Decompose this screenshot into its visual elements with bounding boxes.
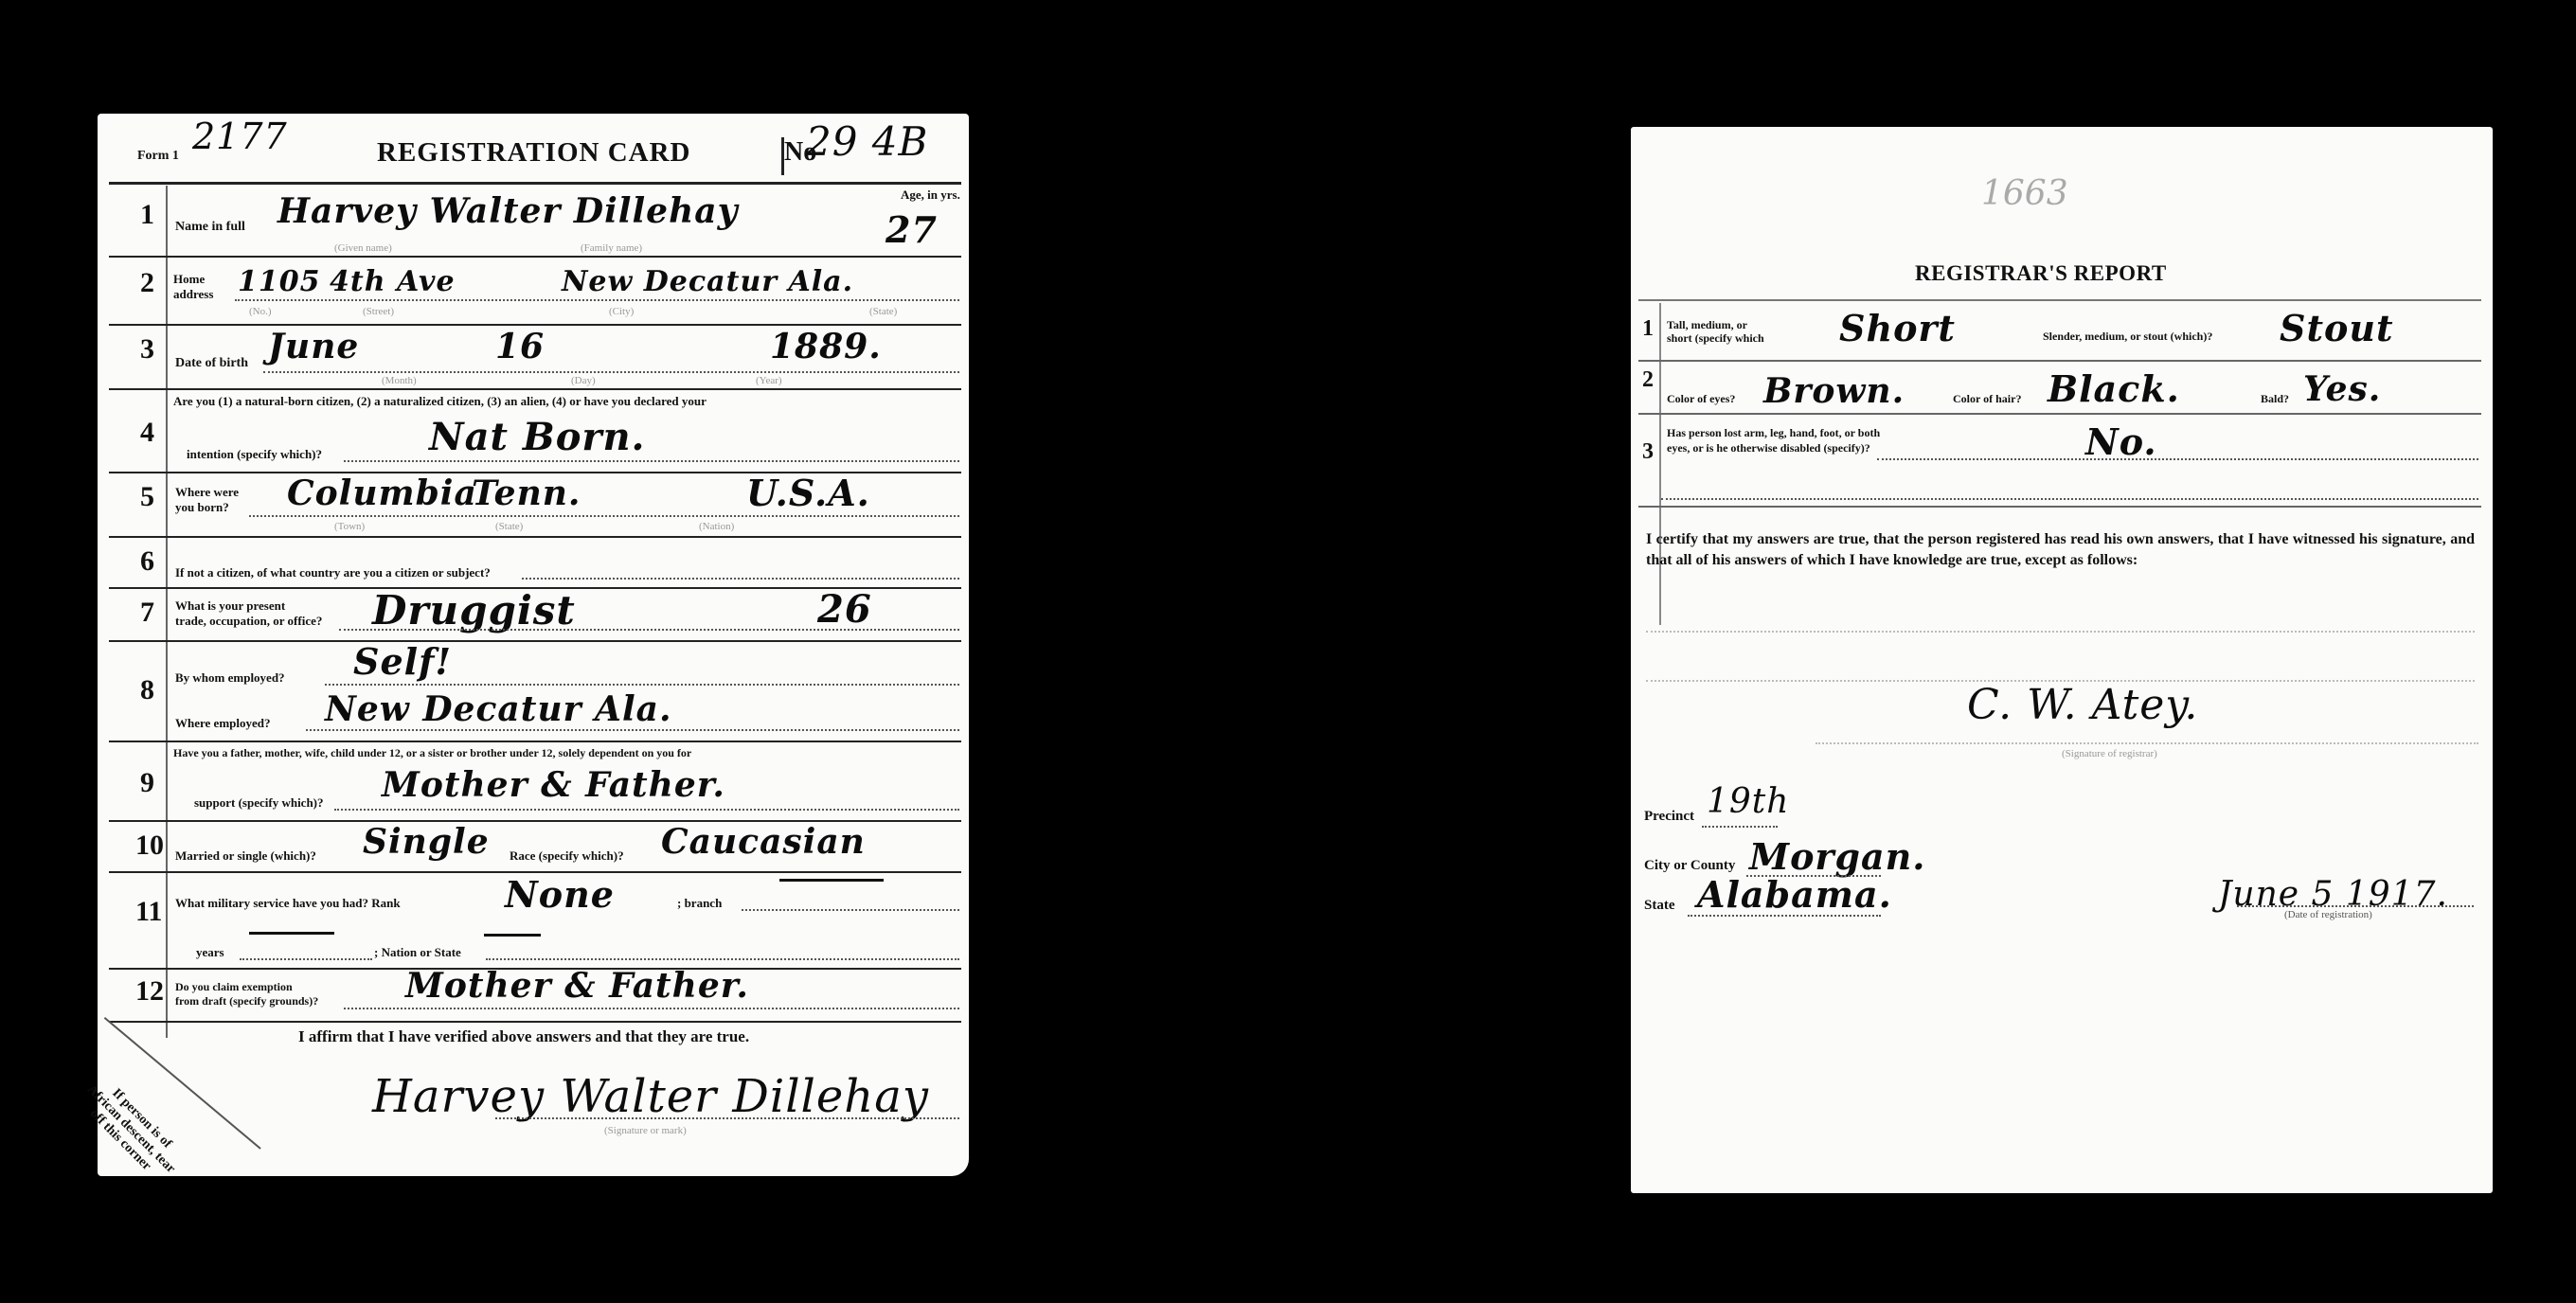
height-label: short (specify which <box>1667 331 1764 346</box>
row-rule <box>109 324 961 326</box>
dash-mark <box>249 932 334 935</box>
row-number: 12 <box>135 975 164 1008</box>
header-rule <box>1638 299 2481 301</box>
birth-town-value: Columbia <box>287 473 477 513</box>
registrar-signature: C. W. Atey. <box>1967 681 2198 729</box>
dependents-value: Mother & Father. <box>382 765 725 805</box>
fill-line <box>263 371 959 373</box>
pencil-number: 1663 <box>1981 174 2068 213</box>
foreign-citizenship-label: If not a citizen, of what country are yo… <box>175 565 491 580</box>
military-rank-label: What military service have you had? Rank <box>175 896 401 911</box>
hair-color-label: Color of hair? <box>1953 392 2021 406</box>
fill-line <box>1646 631 2475 633</box>
registration-card: Form 1 2177 REGISTRATION CARD No 29 4B A… <box>98 114 969 1176</box>
row-number: 5 <box>140 481 154 513</box>
disability-label: Has person lost arm, leg, hand, foot, or… <box>1667 426 1880 440</box>
dash-mark <box>779 879 884 882</box>
height-value: Short <box>1839 307 1956 349</box>
header-rule <box>109 182 961 185</box>
dependents-question: Have you a father, mother, wife, child u… <box>173 746 691 760</box>
sublabel: (Month) <box>382 375 417 386</box>
fill-line <box>2237 905 2474 907</box>
dob-month-value: June <box>268 327 359 366</box>
fill-line <box>742 909 959 911</box>
row-rule <box>109 536 961 538</box>
build-value: Stout <box>2280 307 2394 349</box>
fill-line <box>1661 498 2478 500</box>
state-value: Alabama. <box>1697 873 1892 916</box>
home-address-label: address <box>173 287 213 302</box>
build-label: Slender, medium, or stout (which)? <box>2043 330 2212 344</box>
serial-number: 29 4B <box>806 118 928 165</box>
full-name-value: Harvey Walter Dillehay <box>277 191 738 231</box>
occupation-label: trade, occupation, or office? <box>175 614 322 629</box>
sublabel: (Year) <box>756 375 782 386</box>
sublabel: (State) <box>495 521 523 532</box>
marital-status-label: Married or single (which)? <box>175 848 316 864</box>
signature-line <box>495 1117 959 1119</box>
row-rule <box>1638 413 2481 415</box>
exemption-label: from draft (specify grounds)? <box>175 994 318 1008</box>
row-rule <box>109 1021 961 1023</box>
row-number: 4 <box>140 417 154 449</box>
registrars-report-card: 1663 REGISTRAR'S REPORT 1 Tall, medium, … <box>1631 127 2493 1193</box>
bald-value: Yes. <box>2303 369 2381 409</box>
dob-year-value: 1889. <box>770 327 882 366</box>
city-county-label: City or County <box>1644 858 1735 874</box>
fill-line <box>235 299 959 301</box>
employment-place-label: Where employed? <box>175 716 271 731</box>
bald-label: Bald? <box>2261 392 2289 406</box>
row-rule <box>1638 360 2481 362</box>
fill-line <box>522 578 959 580</box>
row-number: 11 <box>135 896 162 928</box>
row-number: 2 <box>140 267 154 299</box>
row-rule <box>109 388 961 390</box>
fill-line <box>1702 826 1778 828</box>
exemption-value: Mother & Father. <box>405 966 749 1006</box>
occupation-label: What is your present <box>175 598 285 614</box>
precinct-value: 19th <box>1707 782 1789 821</box>
dash-mark <box>484 934 541 937</box>
eye-color-label: Color of eyes? <box>1667 392 1735 406</box>
fill-line <box>306 729 959 731</box>
sublabel: (Nation) <box>699 521 734 532</box>
address-street-value: 4th Ave <box>330 265 456 298</box>
employment-place-value: New Decatur Ala. <box>325 689 671 729</box>
sublabel: (State) <box>869 306 897 317</box>
corner-note: If person is of African descent, tear of… <box>71 1070 190 1189</box>
sublabel: (Given name) <box>334 242 392 254</box>
fill-line <box>344 460 959 462</box>
number-column-rule <box>166 186 168 1038</box>
fill-line <box>240 958 372 960</box>
birthplace-label: you born? <box>175 500 229 515</box>
military-years-label: years <box>196 945 224 960</box>
home-address-label: Home <box>173 272 205 287</box>
citizenship-question: Are you (1) a natural-born citizen, (2) … <box>173 394 707 409</box>
age-value: 27 <box>885 208 938 251</box>
race-label: Race (specify which)? <box>510 848 624 864</box>
age-label: Age, in yrs. <box>901 187 960 203</box>
birthplace-label: Where were <box>175 485 239 500</box>
city-county-value: Morgan. <box>1749 835 1925 878</box>
registrant-signature: Harvey Walter Dillehay <box>372 1070 929 1123</box>
state-label: State <box>1644 898 1675 914</box>
fill-line <box>344 1008 959 1009</box>
certification-text: I certify that my answers are true, that… <box>1646 529 2475 571</box>
fill-line <box>486 958 959 960</box>
name-label: Name in full <box>175 220 245 235</box>
row-number: 3 <box>140 333 154 366</box>
row-rule <box>109 640 961 642</box>
card-title: REGISTRATION CARD <box>377 137 690 169</box>
military-nation-label: ; Nation or State <box>374 945 461 960</box>
sublabel: (Day) <box>571 375 596 386</box>
employer-label: By whom employed? <box>175 670 285 686</box>
height-label: Tall, medium, or <box>1667 318 1747 332</box>
eye-color-value: Brown. <box>1763 371 1905 411</box>
exemption-label: Do you claim exemption <box>175 980 293 994</box>
birth-nation-value: U.S.A. <box>746 472 870 514</box>
fill-line <box>1688 915 1881 917</box>
employer-value: Self! <box>353 640 452 683</box>
report-title: REGISTRAR'S REPORT <box>1915 261 2167 286</box>
sublabel: (Family name) <box>581 242 642 254</box>
sublabel: (No.) <box>249 306 272 317</box>
military-rank-value: None <box>505 873 615 916</box>
date-caption: (Date of registration) <box>2284 909 2372 920</box>
registration-date-value: June 5 1917. <box>2218 875 2448 914</box>
address-number-value: 1105 <box>238 265 321 298</box>
row-number: 1 <box>140 199 154 231</box>
form-number: 2177 <box>192 116 288 157</box>
row-number: 10 <box>135 830 164 862</box>
sublabel: (Street) <box>363 306 394 317</box>
hair-color-value: Black. <box>2048 367 2180 410</box>
affirmation-text: I affirm that I have verified above answ… <box>298 1027 749 1046</box>
number-column-rule <box>1659 303 1661 625</box>
occupation-note: 26 <box>817 587 872 632</box>
row-number: 3 <box>1642 439 1654 465</box>
signature-caption: (Signature of registrar) <box>2062 748 2157 759</box>
row-rule <box>109 741 961 742</box>
fill-line <box>334 809 959 811</box>
sublabel: (Town) <box>334 521 365 532</box>
fill-line <box>1877 458 2478 460</box>
row-number: 8 <box>140 674 154 706</box>
dob-day-value: 16 <box>495 327 545 366</box>
occupation-value: Druggist <box>372 587 576 634</box>
citizenship-label: intention (specify which)? <box>187 447 322 462</box>
disability-value: No. <box>2085 420 2157 463</box>
row-rule <box>1638 506 2481 508</box>
citizenship-value: Nat Born. <box>429 415 645 459</box>
row-number: 6 <box>140 545 154 578</box>
fill-line <box>249 515 959 517</box>
sublabel: (City) <box>609 306 634 317</box>
disability-label: eyes, or is he otherwise disabled (speci… <box>1667 441 1870 455</box>
dob-label: Date of birth <box>175 356 248 371</box>
form-label: Form 1 <box>137 149 179 164</box>
row-number: 7 <box>140 597 154 629</box>
row-number: 1 <box>1642 316 1654 342</box>
fill-line <box>325 684 959 686</box>
race-value: Caucasian <box>661 822 866 862</box>
fill-line <box>339 629 959 631</box>
signature-caption: (Signature or mark) <box>604 1125 687 1136</box>
row-number: 9 <box>140 767 154 799</box>
marital-status-value: Single <box>363 822 490 862</box>
row-number: 2 <box>1642 367 1654 393</box>
address-city-value: New Decatur Ala. <box>562 265 853 298</box>
row-rule <box>109 256 961 258</box>
dependents-label: support (specify which)? <box>194 795 324 811</box>
birth-state-value: Tenn. <box>472 473 581 513</box>
signature-line <box>1816 742 2478 744</box>
military-branch-label: ; branch <box>677 896 722 911</box>
precinct-label: Precinct <box>1644 809 1694 825</box>
